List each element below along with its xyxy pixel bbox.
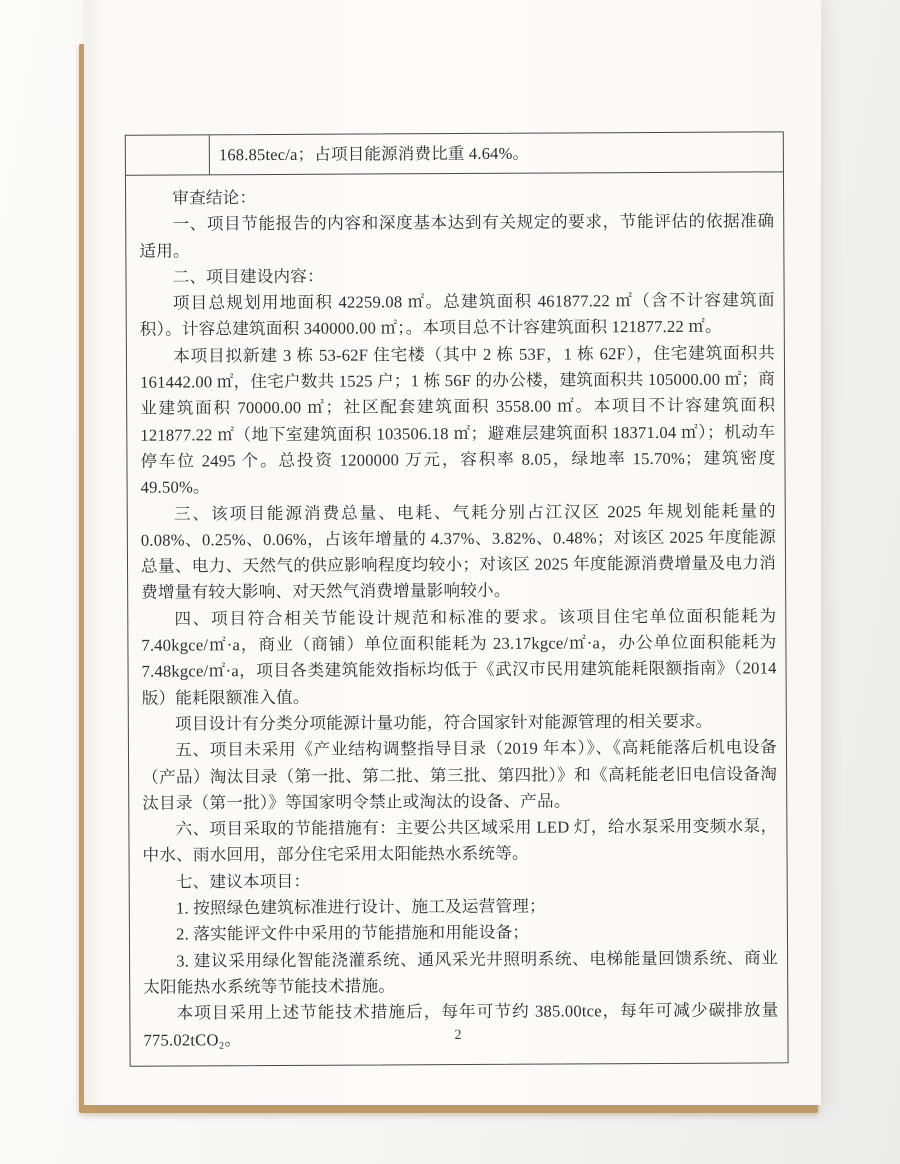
review-paragraph-suggestion-2: 2. 落实能评文件中采用的节能措施和用能设备； [143, 919, 778, 949]
review-conclusion-cell: 审查结论： 一、项目节能报告的内容和深度基本达到有关规定的要求，节能评估的依据准… [126, 172, 788, 1065]
review-paragraph-item4-energy-intensity: 四、项目符合相关节能设计规范和标准的要求。该项目住宅单位面积能耗为 7.40kg… [141, 603, 777, 712]
review-paragraph-item3-energy-share: 三、该项目能源消费总量、电耗、气耗分别占江汉区 2025 年规划能耗量的 0.0… [141, 498, 777, 607]
top-row-empty-cell [126, 135, 210, 174]
review-paragraph-item6-measures: 六、项目采取的节能措施有：主要公共区域采用 LED 灯，给水泵采用变频水泵，中水… [142, 813, 777, 869]
review-paragraph-item2-title: 二、项目建设内容： [139, 261, 774, 291]
table-top-row: 168.85tec/a；占项目能源消费比重 4.64%。 [126, 132, 783, 175]
scanned-photo-background: 168.85tec/a；占项目能源消费比重 4.64%。 审查结论： 一、项目节… [0, 0, 900, 1164]
top-row-value-cell: 168.85tec/a；占项目能源消费比重 4.64%。 [210, 132, 783, 174]
review-paragraph-item1: 一、项目节能报告的内容和深度基本达到有关规定的要求，节能评估的依据准确适用。 [139, 209, 774, 265]
review-paragraph-suggestion-3: 3. 建议采用绿化智能浇灌系统、通风采光井照明系统、电梯能量回馈系统、商业太阳能… [143, 945, 778, 1001]
review-paragraph-land-area: 项目总规划用地面积 42259.08 ㎡。总建筑面积 461877.22 ㎡（含… [140, 288, 775, 344]
review-paragraph-buildings: 本项目拟新建 3 栋 53-62F 住宅楼（其中 2 栋 53F，1 栋 62F… [140, 340, 776, 501]
review-paragraph-heading: 审查结论： [139, 182, 774, 212]
document-content: 168.85tec/a；占项目能源消费比重 4.64%。 审查结论： 一、项目节… [83, 0, 826, 1164]
review-paragraph-item7-title: 七、建议本项目： [143, 866, 778, 896]
review-paragraph-item5-catalogs: 五、项目未采用《产业结构调整指导目录（2019 年本）》、《高耗能落后机电设备（… [142, 735, 777, 817]
review-table: 168.85tec/a；占项目能源消费比重 4.64%。 审查结论： 一、项目节… [125, 131, 789, 1066]
review-paragraph-metering: 项目设计有分类分项能源计量功能，符合国家针对能源管理的相关要求。 [142, 708, 777, 738]
review-paragraph-suggestion-1: 1. 按照绿色建筑标准进行设计、施工及运营管理； [143, 892, 778, 922]
